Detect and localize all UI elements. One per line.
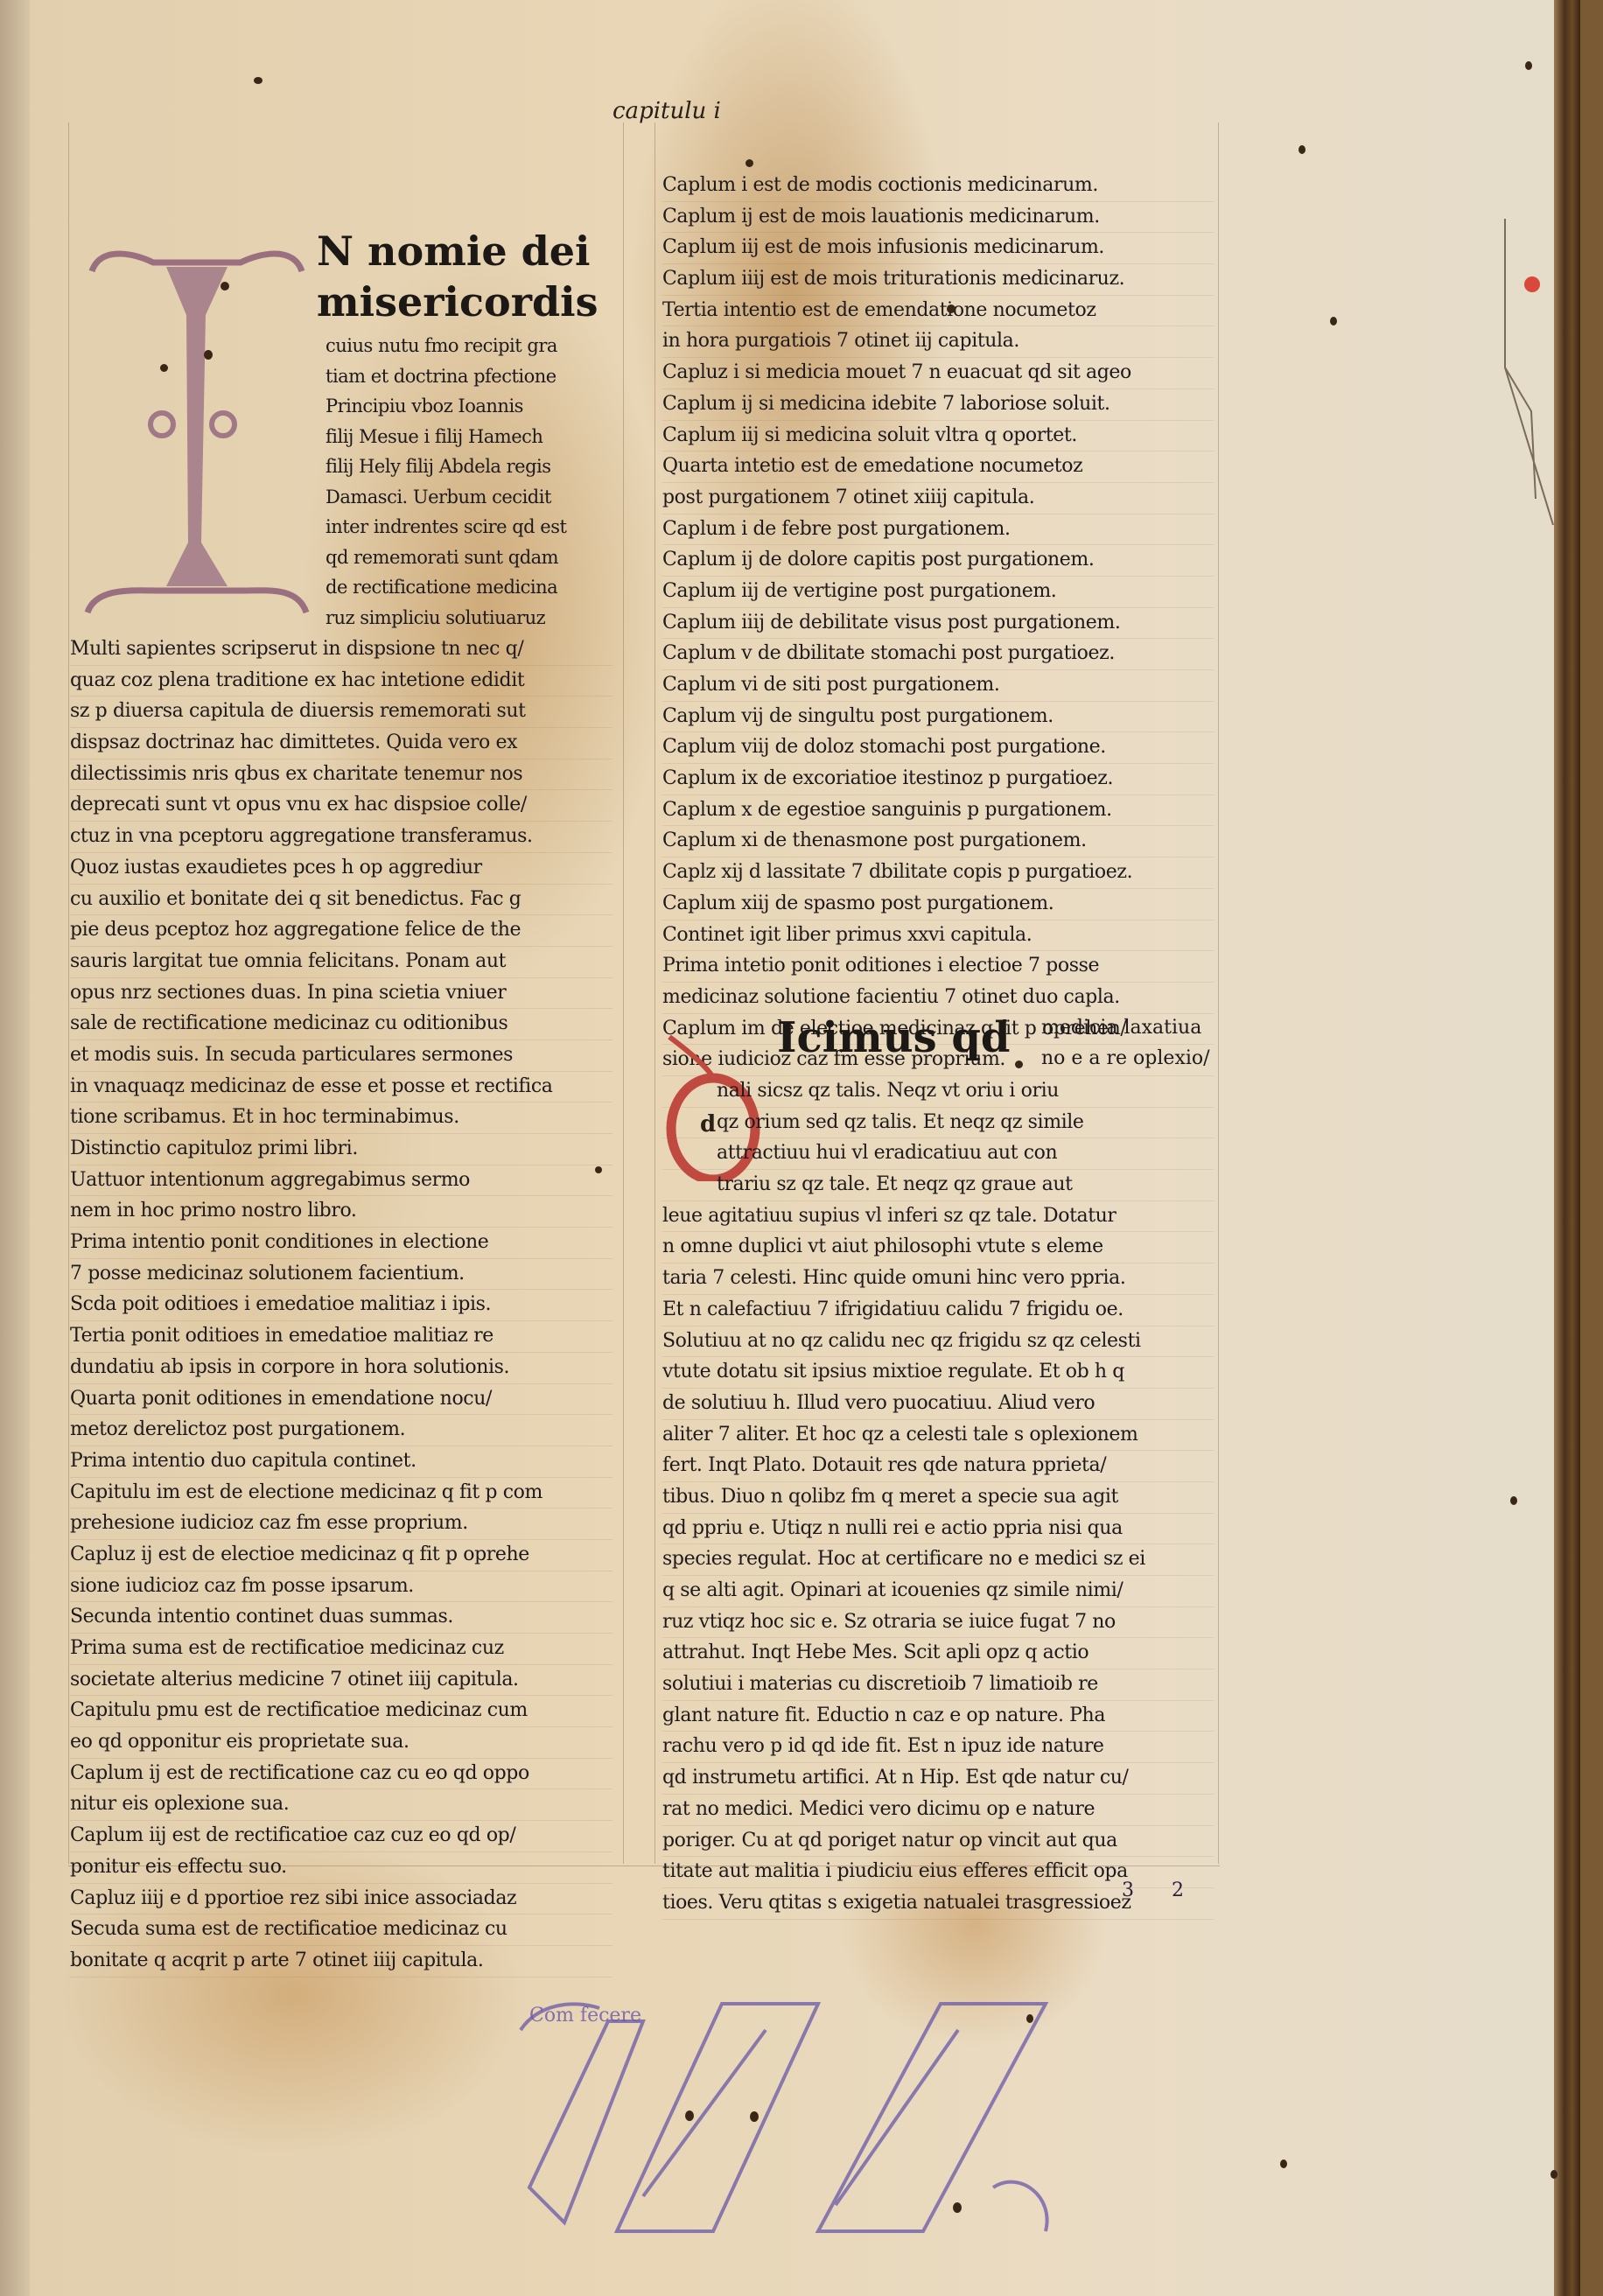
incipit-line-2: misericordis [317, 276, 614, 327]
wormhole [1550, 2170, 1557, 2179]
wormhole [160, 364, 168, 372]
text-line: attrahut. Inqt Hebe Mes. Scit apli opz q… [662, 1638, 1214, 1669]
wormhole [595, 1166, 602, 1173]
chapter-line: Caplum ix de excoriatioe itestinoz p pur… [662, 764, 1214, 795]
text-line: filij Hely filij Abdela regis [325, 451, 612, 482]
chapter-line: Caplum iij si medicina soluit vltra q op… [662, 421, 1214, 452]
text-line: sione iudicioz caz fm posse ipsarum. [70, 1571, 612, 1603]
stamp-text: Com fecere [529, 2005, 641, 2026]
text-line: trariu sz qz tale. Et neqz qz graue aut [662, 1170, 1214, 1201]
text-line: Uattuor intentionum aggregabimus sermo [70, 1165, 612, 1197]
wormhole [953, 2202, 962, 2213]
dicimus-side-text: medicia laxatiua no e a re oplexio/ [1041, 1013, 1216, 1074]
text-line: solutiui i materias cu discretioib 7 lim… [662, 1669, 1214, 1701]
section-heading: Distinctio capituloz primi libri. [70, 1134, 612, 1165]
text-line: aliter 7 aliter. Et hoc qz a celesti tal… [662, 1420, 1214, 1452]
text-line: Prima intentio duo capitula continet. [70, 1446, 612, 1478]
chapter-line: Caplum ij de dolore capitis post purgati… [662, 545, 1214, 577]
text-line: Secunda intentio continet duas summas. [70, 1602, 612, 1634]
text-line: Quoz iustas exaudietes pces h op aggredi… [70, 853, 612, 885]
text-line: medicia laxatiua [1041, 1013, 1216, 1044]
chapter-line: Tertia intentio est de emendatione nocum… [662, 296, 1214, 327]
chapter-line: Caplum vij de singultu post purgationem. [662, 702, 1214, 733]
text-line: Prima intentio ponit conditiones in elec… [70, 1228, 612, 1259]
text-line: Secuda suma est de rectificatioe medicin… [70, 1914, 612, 1946]
wormhole [254, 77, 262, 84]
chapter-line: Caplum xiij de spasmo post purgationem. [662, 889, 1214, 920]
text-line: dispsaz doctrinaz hac dimittetes. Quida … [70, 728, 612, 759]
text-line: cu auxilio et bonitate dei q sit benedic… [70, 885, 612, 916]
text-line: nem in hoc primo nostro libro. [70, 1196, 612, 1228]
text-line: no e a re oplexio/ [1041, 1044, 1216, 1074]
text-line: ponitur eis effectu suo. [70, 1852, 612, 1884]
decorated-initial-i [83, 236, 311, 621]
right-column-text: Caplum i est de modis coctionis medicina… [662, 171, 1214, 1076]
chapter-line: Caplum iij est de mois infusionis medici… [662, 233, 1214, 264]
chapter-line: in hora purgatiois 7 otinet iij capitula… [662, 326, 1214, 358]
chapter-line: Caplum iij de vertigine post purgationem… [662, 577, 1214, 608]
wormhole [745, 159, 753, 167]
chapter-line: Quarta intetio est de emedatione nocumet… [662, 451, 1214, 483]
text-line: ruz simpliciu solutiuaruz [325, 603, 612, 633]
text-line: nitur eis oplexione sua. [70, 1789, 612, 1821]
text-line: et modis suis. In secuda particulares se… [70, 1040, 612, 1072]
chapter-line: medicinaz solutione facientiu 7 otinet d… [662, 983, 1214, 1014]
text-line: poriger. Cu at qd poriget natur op vinci… [662, 1826, 1214, 1858]
text-line: Caplum iij est de rectificatioe caz cuz … [70, 1821, 612, 1852]
frame-rule-left [68, 122, 69, 1864]
text-line: de solutiuu h. Illud vero puocatiuu. Ali… [662, 1389, 1214, 1420]
left-column-text: Multi sapientes scripserut in dispsione … [70, 634, 612, 1977]
text-line: Solutiuu at no qz calidu nec qz frigidu … [662, 1326, 1214, 1358]
text-line: taria 7 celesti. Hinc quide omuni hinc v… [662, 1263, 1214, 1295]
chapter-line: Prima intetio ponit oditiones i electioe… [662, 951, 1214, 983]
paper-repair-edge [1487, 210, 1557, 534]
text-line: tiam et doctrina pfectione [325, 361, 612, 392]
text-line: Scda poit oditioes i emedatioe malitiaz … [70, 1290, 612, 1321]
text-line: opus nrz sectiones duas. In pina scietia… [70, 978, 612, 1010]
frame-rule-gutter-left [623, 122, 624, 1864]
frame-rule-right [1218, 122, 1219, 1864]
wormhole [1280, 2159, 1287, 2168]
text-line: fert. Inqt Plato. Dotauit res qde natura… [662, 1451, 1214, 1482]
wormhole [1510, 1496, 1517, 1505]
text-line: Capitulu pmu est de rectificatioe medici… [70, 1696, 612, 1727]
wormhole [220, 282, 229, 290]
text-line: qz orium sed qz talis. Et neqz qz simile [662, 1108, 1214, 1139]
text-line: Capitulu im est de electione medicinaz q… [70, 1478, 612, 1509]
text-line: metoz derelictoz post purgationem. [70, 1415, 612, 1446]
dicimus-heading: Icimus qd [777, 1013, 1010, 1062]
wormhole [947, 304, 955, 313]
text-line: dundatiu ab ipsis in corpore in hora sol… [70, 1353, 612, 1384]
text-line: Capluz iiij e d pportioe rez sibi inice … [70, 1884, 612, 1915]
text-line: sauris largitat tue omnia felicitans. Po… [70, 947, 612, 978]
right-column-body: nali sicsz qz talis. Neqz vt oriu i oriu… [662, 1076, 1214, 1920]
text-line: leue agitatiuu supius vl inferi sz qz ta… [662, 1201, 1214, 1233]
chapter-line: Capluz i si medicia mouet 7 n euacuat qd… [662, 358, 1214, 389]
text-line: Multi sapientes scripserut in dispsione … [70, 634, 612, 666]
wormhole [204, 350, 213, 360]
text-line: q se alti agit. Opinari at icouenies qz … [662, 1576, 1214, 1607]
text-line: species regulat. Hoc at certificare no e… [662, 1544, 1214, 1576]
text-line: sz p diuersa capitula de diuersis rememo… [70, 696, 612, 728]
running-head: capitulu i [612, 98, 721, 124]
chapter-line: Caplum i est de modis coctionis medicina… [662, 171, 1214, 202]
text-line: de rectificatione medicina [325, 572, 612, 603]
text-line: rachu vero p id qd ide fit. Est n ipuz i… [662, 1732, 1214, 1763]
chapter-line: Caplum viij de doloz stomachi post purga… [662, 732, 1214, 764]
text-line: tibus. Diuo n qolibz fm q meret a specie… [662, 1482, 1214, 1514]
text-line: eo qd opponitur eis proprietate sua. [70, 1727, 612, 1759]
text-line: deprecati sunt vt opus vnu ex hac dispsi… [70, 790, 612, 822]
text-line: prehesione iudicioz caz fm esse proprium… [70, 1508, 612, 1540]
text-line: ruz vtiqz hoc sic e. Sz otraria se iuice… [662, 1607, 1214, 1639]
chapter-line: Caplum ij si medicina idebite 7 laborios… [662, 389, 1214, 421]
chapter-line: post purgationem 7 otinet xiiij capitula… [662, 483, 1214, 514]
text-line: cuius nutu fmo recipit gra [325, 331, 612, 361]
incipit-line-1: N nomie dei [317, 226, 614, 276]
left-column-top-text: cuius nutu fmo recipit gra tiam et doctr… [325, 331, 612, 633]
chapter-line: Caplum ij est de mois lauationis medicin… [662, 202, 1214, 234]
wormhole [1026, 2014, 1033, 2023]
text-line: qd ppriu e. Utiqz n nulli rei e actio pp… [662, 1514, 1214, 1545]
text-line: Et n calefactiuu 7 ifrigidatiuu calidu 7… [662, 1295, 1214, 1326]
text-line: Damasci. Uerbum cecidit [325, 482, 612, 513]
frame-rule-gutter-right [654, 122, 655, 1864]
text-line: Quarta ponit oditiones in emendatione no… [70, 1384, 612, 1416]
text-line: ctuz in vna pceptoru aggregatione transf… [70, 822, 612, 853]
text-line: Prima suma est de rectificatioe medicina… [70, 1634, 612, 1665]
text-line: tione scribamus. Et in hoc terminabimus. [70, 1102, 612, 1134]
chapter-line: Continet igit liber primus xxvi capitula… [662, 920, 1214, 952]
chapter-line: Caplum x de egestioe sanguinis p purgati… [662, 795, 1214, 827]
text-line: glant nature fit. Eductio n caz e op nat… [662, 1701, 1214, 1732]
text-line: pie deus pceptoz hoz aggregatione felice… [70, 915, 612, 947]
text-line: rat no medici. Medici vero dicimu op e n… [662, 1795, 1214, 1826]
text-line: 7 posse medicinaz solutionem facientium. [70, 1259, 612, 1291]
text-line: filij Mesue i filij Hamech [325, 422, 612, 452]
chapter-line: Caplum xi de thenasmone post purgationem… [662, 826, 1214, 857]
text-line: Caplum ij est de rectificatione caz cu e… [70, 1759, 612, 1790]
text-line: Tertia ponit oditioes in emedatioe malit… [70, 1321, 612, 1353]
chapter-line: Caplum i de febre post purgationem. [662, 514, 1214, 546]
left-page-edge [0, 0, 30, 2296]
wormhole [685, 2110, 694, 2121]
text-line: qd instrumetu artifici. At n Hip. Est qd… [662, 1763, 1214, 1795]
chapter-line: Caplum vi de siti post purgationem. [662, 670, 1214, 702]
text-line: n omne duplici vt aiut philosophi vtute … [662, 1232, 1214, 1263]
text-line: nali sicsz qz talis. Neqz vt oriu i oriu [662, 1076, 1214, 1108]
text-line: inter indrentes scire qd est [325, 512, 612, 542]
wormhole [1525, 61, 1532, 70]
text-line: attractiuu hui vl eradicatiuu aut con [662, 1138, 1214, 1170]
text-line: dilectissimis nris qbus ex charitate ten… [70, 759, 612, 791]
wormhole [1015, 1060, 1023, 1068]
chapter-line: Caplz xij d lassitate 7 dbilitate copis … [662, 857, 1214, 889]
wormhole [1330, 317, 1337, 325]
text-line: sale de rectificatione medicinaz cu odit… [70, 1009, 612, 1040]
signature-mark: 3 2 [1122, 1879, 1200, 1901]
text-line: in vnaquaqz medicinaz de esse et posse e… [70, 1072, 612, 1103]
text-line: societate alterius medicine 7 otinet iii… [70, 1665, 612, 1697]
text-line: vtute dotatu sit ipsius mixtioe regulate… [662, 1357, 1214, 1389]
text-line: Capluz ij est de electioe medicinaz q fi… [70, 1540, 612, 1571]
chapter-line: Caplum v de dbilitate stomachi post purg… [662, 639, 1214, 670]
text-line: qd rememorati sunt qdam [325, 542, 612, 573]
text-line: quaz coz plena traditione ex hac intetio… [70, 666, 612, 697]
chapter-line: Caplum iiij est de mois triturationis me… [662, 264, 1214, 296]
wormhole [750, 2111, 759, 2122]
incipit-heading: N nomie dei misericordis [317, 226, 614, 327]
binding-edge [1554, 0, 1580, 2296]
text-line: Principiu vboz Ioannis [325, 391, 612, 422]
library-stamp: Com fecere [503, 1969, 1072, 2249]
wormhole [1298, 145, 1305, 154]
chapter-line: Caplum iiij de debilitate visus post pur… [662, 608, 1214, 640]
